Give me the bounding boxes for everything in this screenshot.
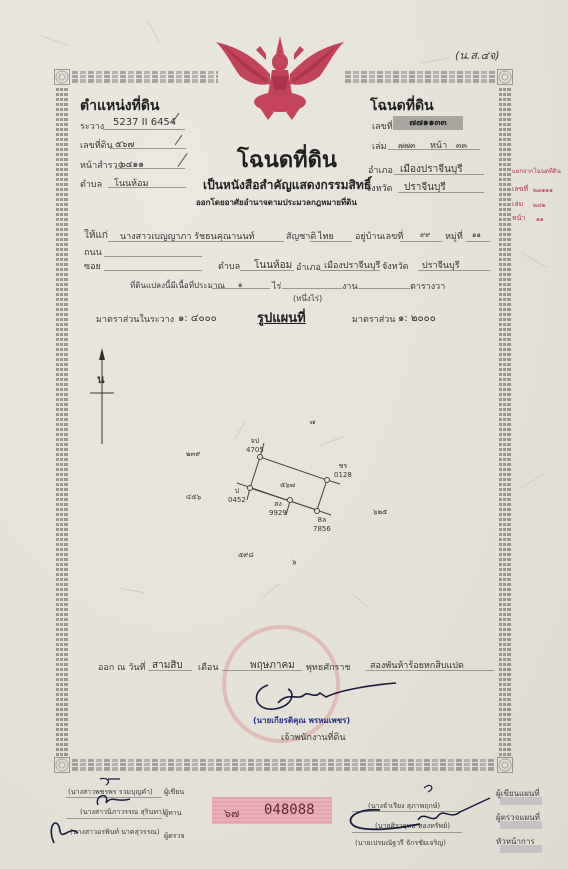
role-stamp-smudge (500, 821, 542, 829)
underline (108, 187, 186, 188)
area-prefix: ที่ดินแปลงนี้มีเนื้อที่ประมาณ (130, 279, 225, 292)
tambon-label: ตำบล (80, 177, 102, 191)
amphoe-label-owner: อำเภอ (296, 260, 321, 274)
marker-label: จป4705 (246, 437, 264, 455)
parcel-number: ๕๖๗ (280, 481, 295, 490)
border-corner-ornament (497, 757, 513, 773)
issue-month-label: เดือน (198, 660, 218, 674)
underline (222, 670, 302, 671)
border-right (499, 88, 511, 756)
split-from-volume-label: เล่ม (512, 199, 523, 210)
volume-label: เล่ม (372, 139, 387, 153)
underline (398, 192, 484, 193)
land-no-label: เลขที่ดิน (80, 138, 113, 152)
deed-title: โฉนดที่ดิน (237, 142, 337, 177)
border-top-right (345, 71, 495, 83)
deed-no-value: ๗๗๑๑๓๓ (393, 116, 463, 130)
north-arrow-icon (84, 348, 118, 444)
underline (366, 670, 494, 671)
parcel-map (160, 400, 400, 560)
official-signature (248, 677, 398, 717)
underline (466, 241, 490, 242)
map-title: รูปแผนที่ (257, 307, 306, 328)
marker-label: ชร0128 (334, 462, 352, 480)
issue-prefix: ออก ณ วันที่ (98, 660, 145, 674)
neighbor-parcel: ๕๙๘ (238, 551, 254, 560)
province-label-owner: จังหวัด (382, 259, 409, 273)
road-label: ถนน (84, 245, 102, 259)
staff-signatures (40, 775, 170, 850)
neighbor-parcel: ๔๕๖ (186, 493, 201, 502)
area-rai-value: ๑ (238, 280, 242, 291)
soi-field-line (104, 270, 202, 271)
boundary-marker (247, 485, 253, 491)
form-code: (น.ส.๔จ) (455, 46, 500, 64)
road-field-line (104, 256, 202, 257)
moo-label: หมู่ที่ (445, 229, 463, 243)
sheet-value: 5237 II 6454 (113, 117, 176, 128)
deed-subtitle: เป็นหนังสือสำคัญแสดงกรรมสิทธิ์ (203, 176, 371, 195)
underline (240, 270, 294, 271)
role-stamp-smudge (500, 845, 542, 853)
serial-number: 048088 (264, 802, 315, 818)
underline (148, 670, 192, 671)
marker-label: ป0452 (228, 487, 246, 505)
border-top-left (72, 71, 218, 83)
split-from-volume-value: ๒๘๒ (533, 200, 546, 210)
issued-by: ออกโดยอาศัยอำนาจตามประมวลกฎหมายที่ดิน (196, 196, 357, 209)
province-label: จังหวัด (366, 181, 393, 195)
official-title: เจ้าพนักงานที่ดิน (281, 730, 345, 744)
boundary-marker (287, 497, 293, 503)
neighbor-parcel: ๗ (310, 418, 315, 427)
sheet-label: ระวาง (80, 119, 104, 133)
split-from-page-label: หน้า (512, 213, 525, 224)
north-label: น (97, 370, 105, 388)
moo-value: ๑๑ (472, 230, 481, 241)
underline (388, 149, 480, 150)
area-wa-label: ตารางวา (410, 279, 445, 293)
deed-block-title: โฉนดที่ดิน (370, 95, 434, 117)
split-from-page-value: ๑๑ (536, 214, 544, 224)
underline (400, 241, 442, 242)
split-from-no-label: เลขที่ (512, 184, 528, 195)
underline (115, 168, 185, 169)
border-corner-ornament (497, 69, 513, 85)
house-no-value: ๙๙ (420, 230, 430, 241)
area-ngan-label: งาน (342, 279, 358, 293)
underline (320, 270, 380, 271)
amphoe-label: อำเภอ (368, 163, 393, 177)
neighbor-parcel: ๖ (292, 558, 296, 567)
survey-page-label: หน้าสำรวจ (80, 158, 123, 172)
serial-number-plate: ๖๗ 048088 (212, 797, 332, 824)
land-location-title: ตำแหน่งที่ดิน (80, 95, 160, 117)
border-bottom (72, 759, 495, 771)
sheet-scale-value: ๑: ๔๐๐๐ (178, 311, 217, 326)
area-in-words: (หนึ่งไร่) (293, 292, 322, 305)
marker-label: 8ล7856 (313, 516, 331, 534)
underline (310, 241, 352, 242)
tambon-label-owner: ตำบล (218, 259, 240, 273)
area-rai-label: ไร่ (272, 279, 281, 293)
underline (110, 148, 186, 149)
underline (103, 129, 185, 130)
house-no-label: อยู่บ้านเลขที่ (355, 229, 403, 243)
underline (418, 270, 490, 271)
underline (358, 288, 410, 289)
split-from-title: แยกจากโฉนดที่ดิน (512, 166, 561, 176)
underline (394, 174, 484, 175)
soi-label: ซอย (84, 259, 101, 273)
to-label: ให้แก่ (84, 228, 108, 243)
deed-no-box: ๗๗๑๑๓๓ (393, 116, 463, 130)
map-staff-signatures (340, 780, 500, 840)
garuda-emblem-icon (210, 32, 350, 122)
border-corner-ornament (54, 69, 70, 85)
sheet-scale-label: มาตราส่วนในระวาง (96, 312, 174, 326)
split-from-no-value: ๒๗๑๑๑ (533, 185, 553, 195)
serial-prefix: ๖๗ (224, 804, 239, 822)
page-value: ๓๓ (456, 139, 467, 152)
underline (282, 288, 342, 289)
neighbor-parcel: ๒๓๙ (186, 450, 201, 459)
neighbor-parcel: ๖๒๕ (373, 508, 387, 517)
map-scale-label: มาตราส่วน (352, 312, 395, 326)
boundary-marker (314, 508, 320, 514)
marker-label: สง9929 (269, 500, 287, 518)
volume-value: ๗๗๓ (398, 139, 416, 152)
border-corner-ornament (54, 757, 70, 773)
role-stamp-smudge (500, 797, 542, 805)
official-name: (นายเกียรติคุณ พรหมเพชร) (253, 714, 350, 727)
map-scale-value: ๑: ๒๐๐๐ (398, 311, 436, 326)
border-left (56, 88, 68, 756)
underline (108, 241, 284, 242)
deed-no-label: เลขที่ (372, 119, 393, 133)
boundary-marker (324, 477, 330, 483)
issue-year-label: พุทธศักราช (306, 660, 351, 674)
